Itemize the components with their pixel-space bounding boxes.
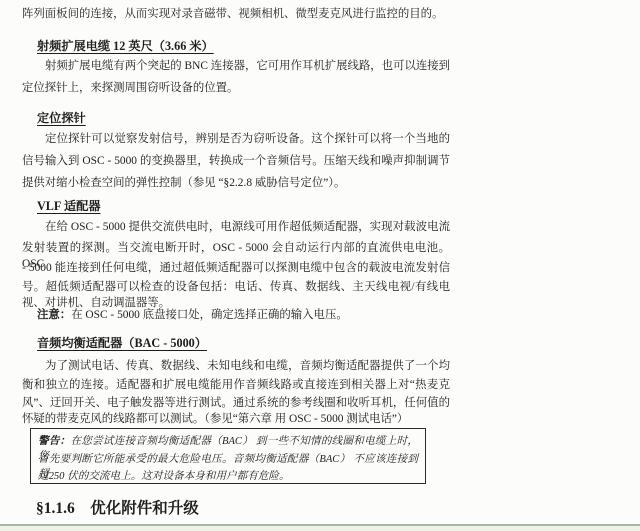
note-label: 注意： <box>37 309 71 321</box>
body-text-line: 在给 OSC - 5000 提供交流供电时，电源线可用作超低频适配器，实现对载波… <box>22 219 450 235</box>
body-text-line: 射频扩展电缆有两个突起的 BNC 连接器，它可用作耳机扩展线路，也可以连接到 <box>22 58 450 74</box>
note-line: 注意：在 OSC - 5000 底盘接口处，确定选择正确的输入电压。 <box>22 307 348 323</box>
body-text-line: 为了测试电话、传真、数据线、未知电线和电缆，音频均衡适配器提供了一个均 <box>22 358 450 374</box>
section-heading-vlf-adapter: VLF 适配器 <box>37 198 101 214</box>
warning-label: 警告： <box>38 436 70 447</box>
warning-text-line: 过250 伏的交流电上。这对设备本身和用户都有危险。 <box>38 469 290 484</box>
body-text-line: 提供对缩小检查空间的弹性控制（参见 “§2.2.8 威胁信号定位”）。 <box>22 175 345 191</box>
body-text-line: 衡和独立的连接。适配器和扩展电缆能用作音频线路或直接连到相关器上对“热麦克 <box>22 377 450 393</box>
subsection-heading: §1.1.6 优化附件和升级 <box>36 499 199 519</box>
body-text-line: 信号输入到 OSC - 5000 的变换器里，转换成一个音频信号。压缩天线和噪声… <box>22 153 450 169</box>
section-heading-bac-adapter: 音频均衡适配器（BAC - 5000） <box>37 335 207 351</box>
body-text-line: 定位探针可以觉察发射信号，辨别是否为窃听设备。这个探针可以将一个当地的 <box>22 131 450 147</box>
note-text: 在 OSC - 5000 底盘接口处，确定选择正确的输入电压。 <box>71 309 348 321</box>
body-text-line: 定位探针上，来探测周围窃听设备的位置。 <box>22 80 238 96</box>
section-heading-rf-extension-cable: 射频扩展电缆 12 英尺（3.66 米） <box>37 38 214 54</box>
body-text-line: 风”、迂回开关、电子触发器等进行测试。通过系统的参考线圈和收听耳机，任何值的 <box>22 395 450 411</box>
section-heading-locator-probe: 定位探针 <box>37 110 86 126</box>
body-text-line: - 5000 能连接到任何电缆，通过超低频适配器可以探测电缆中包含的载波电流发射… <box>22 260 450 276</box>
page-bottom-edge-fill <box>0 526 640 531</box>
body-text-line: 怀疑的带麦克风的线路都可以测试。（参见“第六章 用 OSC - 5000 测试电… <box>22 411 408 427</box>
body-text-line: 号。超低频适配器可以检查的设备包括：电话、传真、数据线、主天线电视/有线电 <box>22 279 450 295</box>
warning-box: 警告：在您尝试连接音频均衡适配器（BAC） 到一些不知情的线圈和电缆上时，您 首… <box>30 428 426 484</box>
paragraph-continuation-line: 阵列面板间的连接，从而实现对录音磁带、视频相机、微型麦克风进行监控的目的。 <box>22 6 443 22</box>
